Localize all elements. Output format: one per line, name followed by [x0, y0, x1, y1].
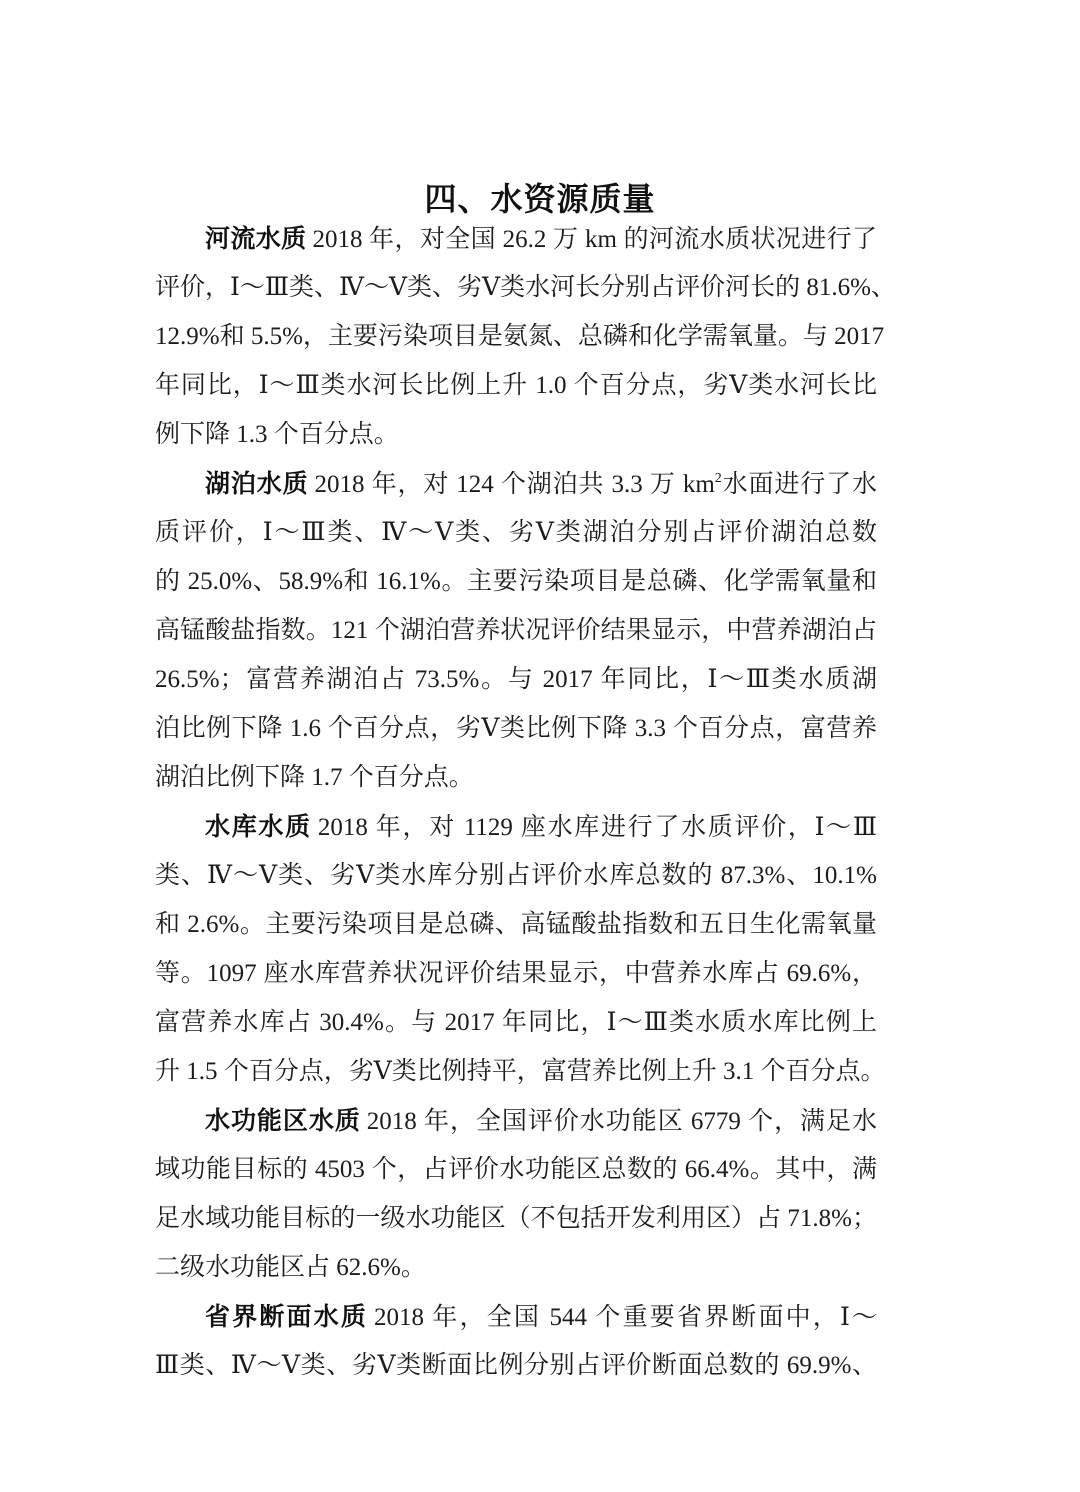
text-line: 质评价，Ⅰ～Ⅲ类、Ⅳ～Ⅴ类、劣Ⅴ类湖泊分别占评价湖泊总数 — [155, 508, 877, 557]
text-line: 富营养水库占 30.4%。与 2017 年同比，Ⅰ～Ⅲ类水质水库比例上 — [155, 998, 877, 1047]
paragraph-water-function-zone-quality: 水功能区水质2018 年，全国评价水功能区 6779 个，满足水 域功能目标的 … — [155, 1096, 877, 1292]
text-line: 12.9%和 5.5%，主要污染项目是氨氮、总磷和化学需氧量。与 2017 — [155, 312, 877, 361]
text-line: 水功能区水质2018 年，全国评价水功能区 6779 个，满足水 — [155, 1096, 877, 1145]
text-line: 泊比例下降 1.6 个百分点，劣Ⅴ类比例下降 3.3 个百分点，富营养 — [155, 704, 877, 753]
text-line: 升 1.5 个百分点，劣Ⅴ类比例持平，富营养比例上升 3.1 个百分点。 — [155, 1047, 877, 1096]
text-line: 26.5%；富营养湖泊占 73.5%。与 2017 年同比，Ⅰ～Ⅲ类水质湖 — [155, 655, 877, 704]
paragraph-river-water-quality: 河流水质2018 年，对全国 26.2 万 km 的河流水质状况进行了 评价，Ⅰ… — [155, 214, 877, 459]
paragraph-lake-water-quality: 湖泊水质2018 年，对 124 个湖泊共 3.3 万 km2水面进行了水 质评… — [155, 459, 877, 802]
text-line: 例下降 1.3 个百分点。 — [155, 410, 877, 459]
text-line: 等。1097 座水库营养状况评价结果显示，中营养水库占 69.6%， — [155, 949, 877, 998]
paragraph-provincial-boundary-quality: 省界断面水质2018 年，全国 544 个重要省界断面中，Ⅰ～ Ⅲ类、Ⅳ～Ⅴ类、… — [155, 1292, 877, 1390]
text-line: 河流水质2018 年，对全国 26.2 万 km 的河流水质状况进行了 — [155, 214, 877, 263]
text-line: 省界断面水质2018 年，全国 544 个重要省界断面中，Ⅰ～ — [155, 1292, 877, 1341]
text-line: 水库水质2018 年，对 1129 座水库进行了水质评价，Ⅰ～Ⅲ — [155, 802, 877, 851]
section-lead-function-zone: 水功能区水质 — [205, 1106, 361, 1135]
section-lead-reservoir: 水库水质 — [205, 812, 312, 841]
text-line: 高锰酸盐指数。121 个湖泊营养状况评价结果显示，中营养湖泊占 — [155, 606, 877, 655]
superscript: 2 — [715, 471, 722, 486]
paragraph-reservoir-water-quality: 水库水质2018 年，对 1129 座水库进行了水质评价，Ⅰ～Ⅲ 类、Ⅳ～Ⅴ类、… — [155, 802, 877, 1096]
text-line: 足水域功能目标的一级水功能区（不包括开发利用区）占 71.8%； — [155, 1194, 877, 1243]
text-line: 年同比，Ⅰ～Ⅲ类水河长比例上升 1.0 个百分点，劣Ⅴ类水河长比 — [155, 361, 877, 410]
section-lead-provincial-boundary: 省界断面水质 — [205, 1302, 368, 1331]
text-line: 评价，Ⅰ～Ⅲ类、Ⅳ～Ⅴ类、劣Ⅴ类水河长分别占评价河长的 81.6%、 — [155, 263, 877, 312]
text-line: 和 2.6%。主要污染项目是总磷、高锰酸盐指数和五日生化需氧量 — [155, 900, 877, 949]
text-line: 域功能目标的 4503 个，占评价水功能区总数的 66.4%。其中，满 — [155, 1145, 877, 1194]
text-line: 湖泊水质2018 年，对 124 个湖泊共 3.3 万 km2水面进行了水 — [155, 459, 877, 508]
text-line: Ⅲ类、Ⅳ～Ⅴ类、劣Ⅴ类断面比例分别占评价断面总数的 69.9%、 — [155, 1341, 877, 1390]
text-line: 的 25.0%、58.9%和 16.1%。主要污染项目是总磷、化学需氧量和 — [155, 557, 877, 606]
section-lead-river: 河流水质 — [205, 224, 307, 253]
text-line: 湖泊比例下降 1.7 个百分点。 — [155, 753, 877, 802]
text-line: 类、Ⅳ～Ⅴ类、劣Ⅴ类水库分别占评价水库总数的 87.3%、10.1% — [155, 851, 877, 900]
text-line: 二级水功能区占 62.6%。 — [155, 1243, 877, 1292]
section-lead-lake: 湖泊水质 — [205, 469, 308, 498]
document-body: 河流水质2018 年，对全国 26.2 万 km 的河流水质状况进行了 评价，Ⅰ… — [155, 214, 877, 1390]
